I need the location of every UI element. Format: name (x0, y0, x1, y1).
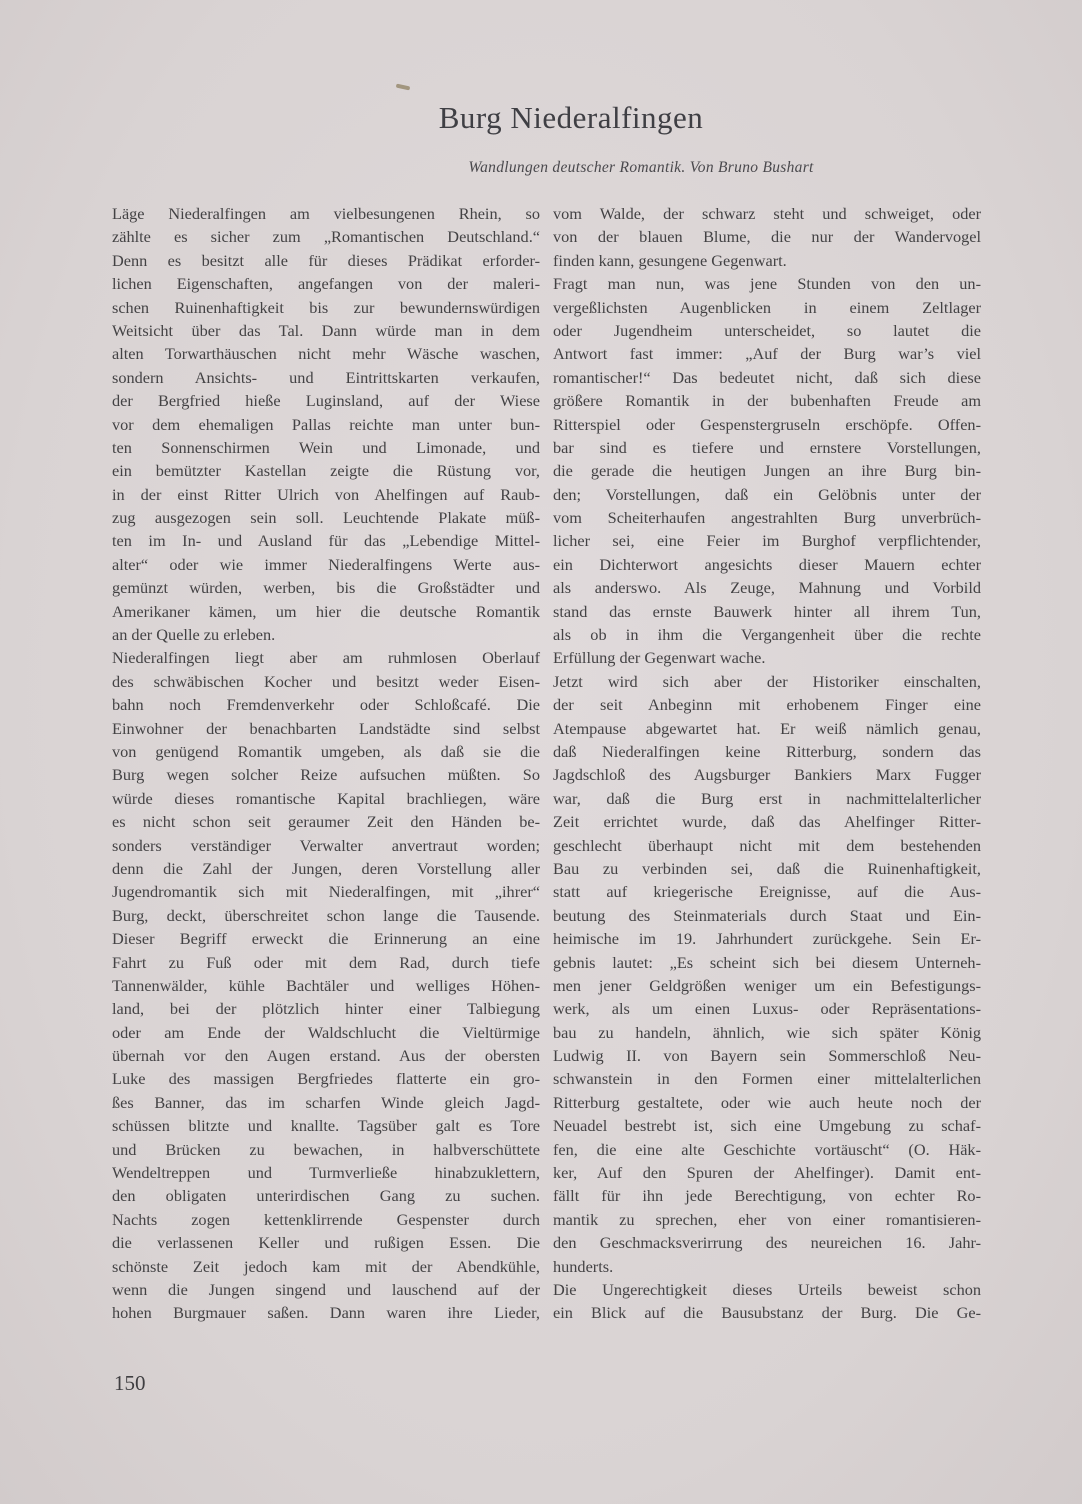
text-line-content: der Bergfried hieße Luginsland, auf der … (112, 389, 540, 412)
text-line: schwanstein in den Formen einer mittelal… (553, 1067, 981, 1090)
text-line: alten Torwarthäuschen nicht mehr Wäsche … (112, 342, 540, 365)
text-line: zug ausgezogen sein soll. Leuchtende Pla… (112, 506, 540, 529)
text-line: in der einst Ritter Ulrich von Ahelfinge… (112, 483, 540, 506)
text-line: mantik zu sprechen, eher von einer roman… (553, 1208, 981, 1231)
text-line-content: vergeßlichsten Augenblicken in einem Zel… (553, 296, 981, 319)
text-line: Zeit errichtet wurde, daß das Ahelfinger… (553, 810, 981, 833)
text-line: oder am Ende der Waldschlucht die Vieltü… (112, 1021, 540, 1044)
text-line-content: würde dieses romantische Kapital brachli… (112, 787, 540, 810)
text-line: Fragt man nun, was jene Stunden von den … (553, 272, 981, 295)
text-line-content: ten im In- und Ausland für das „Lebendig… (112, 529, 540, 552)
text-line: stand das ernste Bauwerk hinter all ihre… (553, 600, 981, 623)
text-line-content: daß Niederalfingen keine Ritterburg, son… (553, 740, 981, 763)
text-line: land, bei der plötzlich hinter einer Tal… (112, 997, 540, 1020)
text-line-content: mantik zu sprechen, eher von einer roman… (553, 1208, 981, 1231)
text-line: bau zu handeln, ähnlich, wie sich später… (553, 1021, 981, 1044)
text-line-content: licher sei, eine Feier im Burghof verpfl… (553, 529, 981, 552)
text-line-content: Atempause abgewartet hat. Er weiß nämlic… (553, 717, 981, 740)
text-line: Läge Niederalfingen am vielbesungenen Rh… (112, 202, 540, 225)
text-line-content: ein bemützter Kastellan zeigte die Rüstu… (112, 459, 540, 482)
text-line-content: fen, die eine alte Geschichte vortäuscht… (553, 1138, 981, 1161)
text-line: finden kann, gesungene Gegenwart. (553, 249, 981, 272)
text-line-content: schen Ruinenhaftigkeit bis zur bewundern… (112, 296, 540, 319)
text-line: Bau zu verbinden sei, daß die Ruinenhaft… (553, 857, 981, 880)
text-line-content: zug ausgezogen sein soll. Leuchtende Pla… (112, 506, 540, 529)
text-line-content: bar sind es tiefere und ernstere Vorstel… (553, 436, 981, 459)
text-line: Nachts zogen kettenklirrende Gespenster … (112, 1208, 540, 1231)
text-line-content: Ritterspiel oder Gespenstergruseln ersch… (553, 413, 981, 436)
text-line-content: Ludwig II. von Bayern sein Sommerschloß … (553, 1044, 981, 1067)
text-line: größere Romantik in der bubenhaften Freu… (553, 389, 981, 412)
text-line: sondern Ansichts- und Eintrittskarten ve… (112, 366, 540, 389)
text-line-content: von genügend Romantik umgeben, als daß s… (112, 740, 540, 763)
text-line-content: Bau zu verbinden sei, daß die Ruinenhaft… (553, 857, 981, 880)
text-line: gebnis lautet: „Es scheint sich bei dies… (553, 951, 981, 974)
text-line: ßes Banner, das im scharfen Winde gleich… (112, 1091, 540, 1114)
text-line: schüssen blitzte und knallte. Tagsüber g… (112, 1114, 540, 1137)
text-line-content: bau zu handeln, ähnlich, wie sich später… (553, 1021, 981, 1044)
text-line-content: men jener Geldgrößen weniger um ein Befe… (553, 974, 981, 997)
text-line-content: in der einst Ritter Ulrich von Ahelfinge… (112, 483, 540, 506)
text-line: fen, die eine alte Geschichte vortäuscht… (553, 1138, 981, 1161)
text-line: den obligaten unterirdischen Gang zu suc… (112, 1184, 540, 1207)
text-line-content: zählte es sicher zum „Romantischen Deuts… (112, 225, 540, 248)
text-line-content: ten Sonnenschirmen Wein und Limonade, un… (112, 436, 540, 459)
text-line-content: Antwort fast immer: „Auf der Burg war’s … (553, 342, 981, 365)
paper-blemish (396, 84, 411, 91)
text-line: bahn noch Fremdenverkehr oder Schloßcafé… (112, 693, 540, 716)
text-line-content: sondern Ansichts- und Eintrittskarten ve… (112, 366, 540, 389)
text-line: ein Blick auf die Bausubstanz der Burg. … (553, 1301, 981, 1324)
text-line-content: geschlecht überhaupt nicht mit dem beste… (553, 834, 981, 857)
text-line-content: als ob in ihm die Vergangenheit über die… (553, 623, 981, 646)
text-line-content: alter“ oder wie immer Niederalfingens We… (112, 553, 540, 576)
text-column-right: vom Walde, der schwarz steht und schweig… (553, 202, 981, 1325)
text-line: der Bergfried hieße Luginsland, auf der … (112, 389, 540, 412)
text-line-content: Neuadel bestrebt ist, sich eine Umgebung… (553, 1114, 981, 1137)
text-line-content: Wendeltreppen und Turmverließe hinabzukl… (112, 1161, 540, 1184)
text-line-content: Einwohner der benachbarten Landstädte si… (112, 717, 540, 740)
text-line-content: romantischer!“ Das bedeutet nicht, daß s… (553, 366, 981, 389)
text-line: Erfüllung der Gegenwart wache. (553, 646, 981, 669)
text-line: wenn die Jungen singend und lauschend au… (112, 1278, 540, 1301)
text-line: heimische im 19. Jahrhundert zurückgehe.… (553, 927, 981, 950)
text-line-content: ein Blick auf die Bausubstanz der Burg. … (553, 1301, 981, 1324)
text-line: den Geschmacksverirrung des neureichen 1… (553, 1231, 981, 1254)
text-line: es nicht schon seit geraumer Zeit den Hä… (112, 810, 540, 833)
text-line-content: und Brücken zu bewachen, in halbverschüt… (112, 1138, 540, 1161)
text-line-content: Fahrt zu Fuß oder mit dem Rad, durch tie… (112, 951, 540, 974)
text-line-content: als anderswo. Als Zeuge, Mahnung und Vor… (553, 576, 981, 599)
text-line: Die Ungerechtigkeit dieses Urteils bewei… (553, 1278, 981, 1301)
text-line: Luke des massigen Bergfriedes flatterte … (112, 1067, 540, 1090)
text-line-content: der seit Anbeginn mit erhobenem Finger e… (553, 693, 981, 716)
text-line: von genügend Romantik umgeben, als daß s… (112, 740, 540, 763)
text-line-content: ßes Banner, das im scharfen Winde gleich… (112, 1091, 540, 1114)
text-line: würde dieses romantische Kapital brachli… (112, 787, 540, 810)
text-line-content: Dieser Begriff erweckt die Erinnerung an… (112, 927, 540, 950)
text-line-content: Luke des massigen Bergfriedes flatterte … (112, 1067, 540, 1090)
text-line-content: den Geschmacksverirrung des neureichen 1… (553, 1231, 981, 1254)
text-line: Wendeltreppen und Turmverließe hinabzukl… (112, 1161, 540, 1184)
text-line: sonders verständiger Verwalter anvertrau… (112, 834, 540, 857)
text-line-content: Jetzt wird sich aber der Historiker eins… (553, 670, 981, 693)
text-line-content: Zeit errichtet wurde, daß das Ahelfinger… (553, 810, 981, 833)
text-line: beutung des Steinmaterials durch Staat u… (553, 904, 981, 927)
text-line-content: oder Jugendheim unterscheidet, so lautet… (553, 319, 981, 342)
text-line: Denn es besitzt alle für dieses Prädikat… (112, 249, 540, 272)
text-line-content: des schwäbischen Kocher und besitzt wede… (112, 670, 540, 693)
text-line-content: wenn die Jungen singend und lauschend au… (112, 1278, 540, 1301)
text-line-content: vom Walde, der schwarz steht und schweig… (553, 202, 981, 225)
text-line: Niederalfingen liegt aber am ruhmlosen O… (112, 646, 540, 669)
text-line-content: es nicht schon seit geraumer Zeit den Hä… (112, 810, 540, 833)
text-line-content: Burg wegen solcher Reize aufsuchen müßte… (112, 763, 540, 786)
text-line-content: Weitsicht über das Tal. Dann würde man i… (112, 319, 540, 342)
text-line: Jetzt wird sich aber der Historiker eins… (553, 670, 981, 693)
text-line: als ob in ihm die Vergangenheit über die… (553, 623, 981, 646)
text-line: des schwäbischen Kocher und besitzt wede… (112, 670, 540, 693)
text-line-content: ker, Auf den Spuren der Ahelfinger). Dam… (553, 1161, 981, 1184)
text-line-content: land, bei der plötzlich hinter einer Tal… (112, 997, 540, 1020)
text-line: bar sind es tiefere und ernstere Vorstel… (553, 436, 981, 459)
text-line-content: beutung des Steinmaterials durch Staat u… (553, 904, 981, 927)
page: Burg Niederalfingen Wandlungen deutscher… (0, 0, 1082, 1504)
text-line-content: Amerikaner kämen, um hier die deutsche R… (112, 600, 540, 623)
text-line: der seit Anbeginn mit erhobenem Finger e… (553, 693, 981, 716)
text-line: die gerade die heutigen Jungen an ihre B… (553, 459, 981, 482)
text-line-content: von der blauen Blume, die nur der Wander… (553, 225, 981, 248)
text-line-content: statt auf kriegerische Ereignisse, auf d… (553, 880, 981, 903)
text-line-content: Fragt man nun, was jene Stunden von den … (553, 272, 981, 295)
text-line: Ritterburg gestaltete, oder wie auch heu… (553, 1091, 981, 1114)
text-column-left: Läge Niederalfingen am vielbesungenen Rh… (112, 202, 540, 1325)
text-line: men jener Geldgrößen weniger um ein Befe… (553, 974, 981, 997)
text-line: Dieser Begriff erweckt die Erinnerung an… (112, 927, 540, 950)
text-line: den; Vorstellungen, daß ein Gelöbnis unt… (553, 483, 981, 506)
text-line: ker, Auf den Spuren der Ahelfinger). Dam… (553, 1161, 981, 1184)
text-line-content: größere Romantik in der bubenhaften Freu… (553, 389, 981, 412)
text-line: Amerikaner kämen, um hier die deutsche R… (112, 600, 540, 623)
text-line-content: den obligaten unterirdischen Gang zu suc… (112, 1184, 540, 1207)
text-line: daß Niederalfingen keine Ritterburg, son… (553, 740, 981, 763)
text-line-content: Niederalfingen liegt aber am ruhmlosen O… (112, 646, 540, 669)
text-line: hohen Burgmauer saßen. Dann waren ihre L… (112, 1301, 540, 1324)
text-line: Weitsicht über das Tal. Dann würde man i… (112, 319, 540, 342)
article-subtitle: Wandlungen deutscher Romantik. Von Bruno… (100, 159, 1082, 177)
text-line-content: hunderts. (553, 1255, 981, 1278)
text-line-content: Ritterburg gestaltete, oder wie auch heu… (553, 1091, 981, 1114)
text-line-content: Burg, deckt, überschreitet schon lange d… (112, 904, 540, 927)
text-line-content: schönste Zeit jedoch kam mit der Abendkü… (112, 1255, 540, 1278)
text-line-content: den; Vorstellungen, daß ein Gelöbnis unt… (553, 483, 981, 506)
text-line: hunderts. (553, 1255, 981, 1278)
text-line: übernah vor den Augen erstand. Aus der o… (112, 1044, 540, 1067)
text-line-content: denn die Zahl der Jungen, deren Vorstell… (112, 857, 540, 880)
text-line: und Brücken zu bewachen, in halbverschüt… (112, 1138, 540, 1161)
text-line: Antwort fast immer: „Auf der Burg war’s … (553, 342, 981, 365)
text-line-content: alten Torwarthäuschen nicht mehr Wäsche … (112, 342, 540, 365)
text-line: Atempause abgewartet hat. Er weiß nämlic… (553, 717, 981, 740)
text-line-content: werk, als um einen Luxus- oder Repräsent… (553, 997, 981, 1020)
text-line: war, daß die Burg erst in nachmittelalte… (553, 787, 981, 810)
text-line-content: vom Scheiterhaufen angestrahlten Burg un… (553, 506, 981, 529)
text-line-content: Jagdschloß des Augsburger Bankiers Marx … (553, 763, 981, 786)
text-line-content: schwanstein in den Formen einer mittelal… (553, 1067, 981, 1090)
text-line-content: sonders verständiger Verwalter anvertrau… (112, 834, 540, 857)
text-line: Tannenwälder, kühle Bachtäler und wellig… (112, 974, 540, 997)
text-line-content: Läge Niederalfingen am vielbesungenen Rh… (112, 202, 540, 225)
text-line: Fahrt zu Fuß oder mit dem Rad, durch tie… (112, 951, 540, 974)
text-line-content: Denn es besitzt alle für dieses Prädikat… (112, 249, 540, 272)
text-line: geschlecht überhaupt nicht mit dem beste… (553, 834, 981, 857)
text-line-content: ein Dichterwort angesichts dieser Mauern… (553, 553, 981, 576)
page-number: 150 (114, 1371, 146, 1396)
text-line-content: Nachts zogen kettenklirrende Gespenster … (112, 1208, 540, 1231)
text-line: als anderswo. Als Zeuge, Mahnung und Vor… (553, 576, 981, 599)
text-line-content: Die Ungerechtigkeit dieses Urteils bewei… (553, 1278, 981, 1301)
text-line: oder Jugendheim unterscheidet, so lautet… (553, 319, 981, 342)
text-line-content: Jugendromantik sich mit Niederalfingen, … (112, 880, 540, 903)
text-line: Einwohner der benachbarten Landstädte si… (112, 717, 540, 740)
text-line: zählte es sicher zum „Romantischen Deuts… (112, 225, 540, 248)
text-line: fällt für ihn jede Berechtigung, von ech… (553, 1184, 981, 1207)
article-title: Burg Niederalfingen (30, 100, 1082, 136)
text-line: schönste Zeit jedoch kam mit der Abendkü… (112, 1255, 540, 1278)
text-line-content: war, daß die Burg erst in nachmittelalte… (553, 787, 981, 810)
text-line: Jugendromantik sich mit Niederalfingen, … (112, 880, 540, 903)
text-line: licher sei, eine Feier im Burghof verpfl… (553, 529, 981, 552)
text-line-content: die gerade die heutigen Jungen an ihre B… (553, 459, 981, 482)
text-line-content: Tannenwälder, kühle Bachtäler und wellig… (112, 974, 540, 997)
text-line-content: bahn noch Fremdenverkehr oder Schloßcafé… (112, 693, 540, 716)
text-line: vom Walde, der schwarz steht und schweig… (553, 202, 981, 225)
text-line: Burg wegen solcher Reize aufsuchen müßte… (112, 763, 540, 786)
text-line-content: finden kann, gesungene Gegenwart. (553, 249, 981, 272)
text-line-content: lichen Eigenschaften, angefangen von der… (112, 272, 540, 295)
text-line: ein bemützter Kastellan zeigte die Rüstu… (112, 459, 540, 482)
text-line: vom Scheiterhaufen angestrahlten Burg un… (553, 506, 981, 529)
text-line: denn die Zahl der Jungen, deren Vorstell… (112, 857, 540, 880)
text-line-content: schüssen blitzte und knallte. Tagsüber g… (112, 1114, 540, 1137)
text-line-content: gebnis lautet: „Es scheint sich bei dies… (553, 951, 981, 974)
text-line-content: vor dem ehemaligen Pallas reichte man un… (112, 413, 540, 436)
text-line-content: Erfüllung der Gegenwart wache. (553, 646, 981, 669)
text-line: vor dem ehemaligen Pallas reichte man un… (112, 413, 540, 436)
text-line-content: hohen Burgmauer saßen. Dann waren ihre L… (112, 1301, 540, 1324)
text-line: vergeßlichsten Augenblicken in einem Zel… (553, 296, 981, 319)
text-line-content: die verlassenen Keller und rußigen Essen… (112, 1231, 540, 1254)
text-line: statt auf kriegerische Ereignisse, auf d… (553, 880, 981, 903)
text-line-content: fällt für ihn jede Berechtigung, von ech… (553, 1184, 981, 1207)
text-line-content: heimische im 19. Jahrhundert zurückgehe.… (553, 927, 981, 950)
text-line: Ritterspiel oder Gespenstergruseln ersch… (553, 413, 981, 436)
text-line: ein Dichterwort angesichts dieser Mauern… (553, 553, 981, 576)
text-line: romantischer!“ Das bedeutet nicht, daß s… (553, 366, 981, 389)
text-line-content: gemünzt würden, werben, bis die Großstäd… (112, 576, 540, 599)
text-line-content: stand das ernste Bauwerk hinter all ihre… (553, 600, 981, 623)
text-line: schen Ruinenhaftigkeit bis zur bewundern… (112, 296, 540, 319)
text-line: von der blauen Blume, die nur der Wander… (553, 225, 981, 248)
text-line: alter“ oder wie immer Niederalfingens We… (112, 553, 540, 576)
text-line: Ludwig II. von Bayern sein Sommerschloß … (553, 1044, 981, 1067)
text-line: Burg, deckt, überschreitet schon lange d… (112, 904, 540, 927)
text-line-content: an der Quelle zu erleben. (112, 623, 540, 646)
text-line: die verlassenen Keller und rußigen Essen… (112, 1231, 540, 1254)
text-line-content: übernah vor den Augen erstand. Aus der o… (112, 1044, 540, 1067)
text-line: ten im In- und Ausland für das „Lebendig… (112, 529, 540, 552)
text-line-content: oder am Ende der Waldschlucht die Vieltü… (112, 1021, 540, 1044)
text-line: werk, als um einen Luxus- oder Repräsent… (553, 997, 981, 1020)
text-line: Neuadel bestrebt ist, sich eine Umgebung… (553, 1114, 981, 1137)
text-line: ten Sonnenschirmen Wein und Limonade, un… (112, 436, 540, 459)
text-line: lichen Eigenschaften, angefangen von der… (112, 272, 540, 295)
text-line: gemünzt würden, werben, bis die Großstäd… (112, 576, 540, 599)
text-line: Jagdschloß des Augsburger Bankiers Marx … (553, 763, 981, 786)
text-line: an der Quelle zu erleben. (112, 623, 540, 646)
